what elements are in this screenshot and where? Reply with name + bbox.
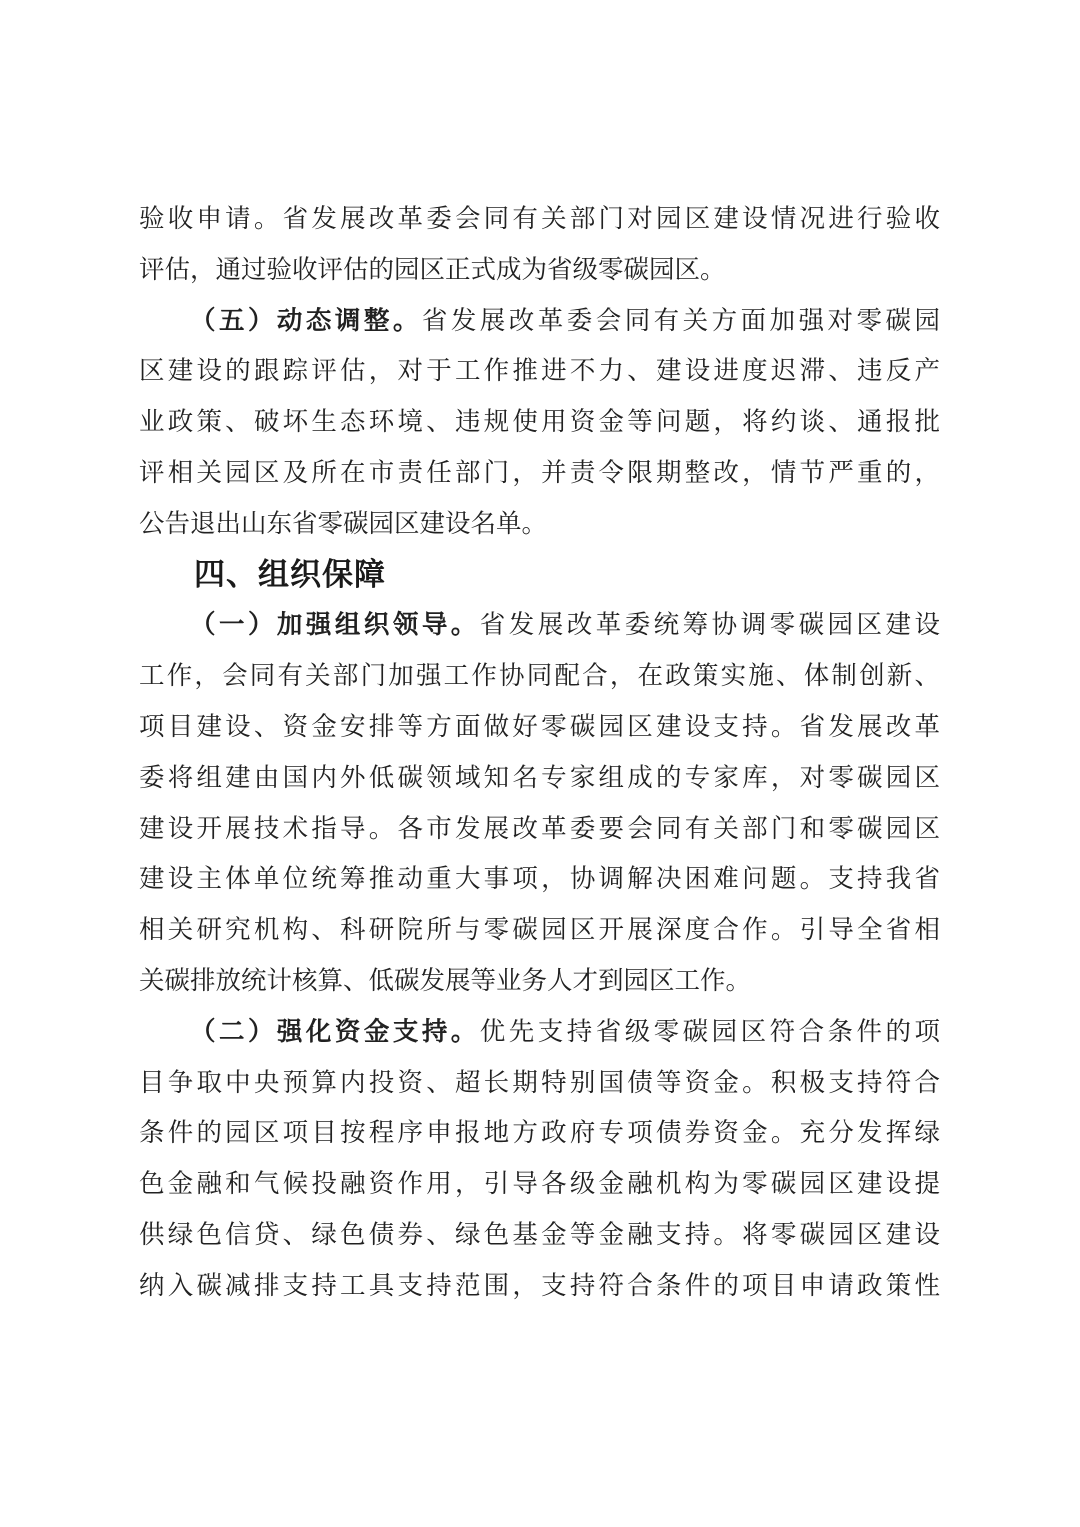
paragraph-lead: （一）加强组织领导。 [190,610,480,639]
body-line: 供绿色信贷、绿色债券、绿色基金等金融支持。将零碳园区建设 [139,1210,942,1261]
body-line: 建设主体单位统筹推动重大事项，协调解决困难问题。支持我省 [139,854,942,905]
body-line: 评相关园区及所在市责任部门，并责令限期整改，情节严重的， [139,448,942,499]
body-line: 目争取中央预算内投资、超长期特别国债等资金。积极支持符合 [139,1058,942,1109]
line-text: 优先支持省级零碳园区符合条件的项 [480,1017,942,1046]
body-line: 项目建设、资金安排等方面做好零碳园区建设支持。省发展改革 [139,702,942,753]
body-line: 条件的园区项目按程序申报地方政府专项债券资金。充分发挥绿 [139,1108,942,1159]
body-line: 色金融和气候投融资作用，引导各级金融机构为零碳园区建设提 [139,1159,942,1210]
body-line: 公告退出山东省零碳园区建设名单。 [139,499,942,550]
paragraph-lead: （二）强化资金支持。 [190,1017,480,1046]
body-line: 业政策、破坏生态环境、违规使用资金等问题，将约谈、通报批 [139,397,942,448]
paragraph-first-line: （二）强化资金支持。优先支持省级零碳园区符合条件的项 [139,1007,942,1058]
body-line: 委将组建由国内外低碳领域知名专家组成的专家库，对零碳园区 [139,753,942,804]
body-line: 工作，会同有关部门加强工作协同配合，在政策实施、体制创新、 [139,651,942,702]
body-line: 相关研究机构、科研院所与零碳园区开展深度合作。引导全省相 [139,905,942,956]
paragraph-lead: （五）动态调整。 [190,306,422,335]
paragraph-first-line: （五）动态调整。省发展改革委会同有关方面加强对零碳园 [139,296,942,347]
document-page: 验收申请。省发展改革委会同有关部门对园区建设情况进行验收 评估，通过验收评估的园… [0,0,1080,1527]
body-line: 纳入碳减排支持工具支持范围，支持符合条件的项目申请政策性 [139,1261,942,1312]
paragraph-first-line: （一）加强组织领导。省发展改革委统筹协调零碳园区建设 [139,600,942,651]
body-line: 验收申请。省发展改革委会同有关部门对园区建设情况进行验收 [139,194,942,245]
line-text: 省发展改革委会同有关方面加强对零碳园 [422,306,942,335]
line-text: 省发展改革委统筹协调零碳园区建设 [480,610,942,639]
section-heading: 四、组织保障 [139,550,942,601]
text-block: 验收申请。省发展改革委会同有关部门对园区建设情况进行验收 评估，通过验收评估的园… [139,194,942,1312]
body-line: 关碳排放统计核算、低碳发展等业务人才到园区工作。 [139,956,942,1007]
body-line: 区建设的跟踪评估，对于工作推进不力、建设进度迟滞、违反产 [139,346,942,397]
body-line: 建设开展技术指导。各市发展改革委要会同有关部门和零碳园区 [139,804,942,855]
body-line: 评估，通过验收评估的园区正式成为省级零碳园区。 [139,245,942,296]
